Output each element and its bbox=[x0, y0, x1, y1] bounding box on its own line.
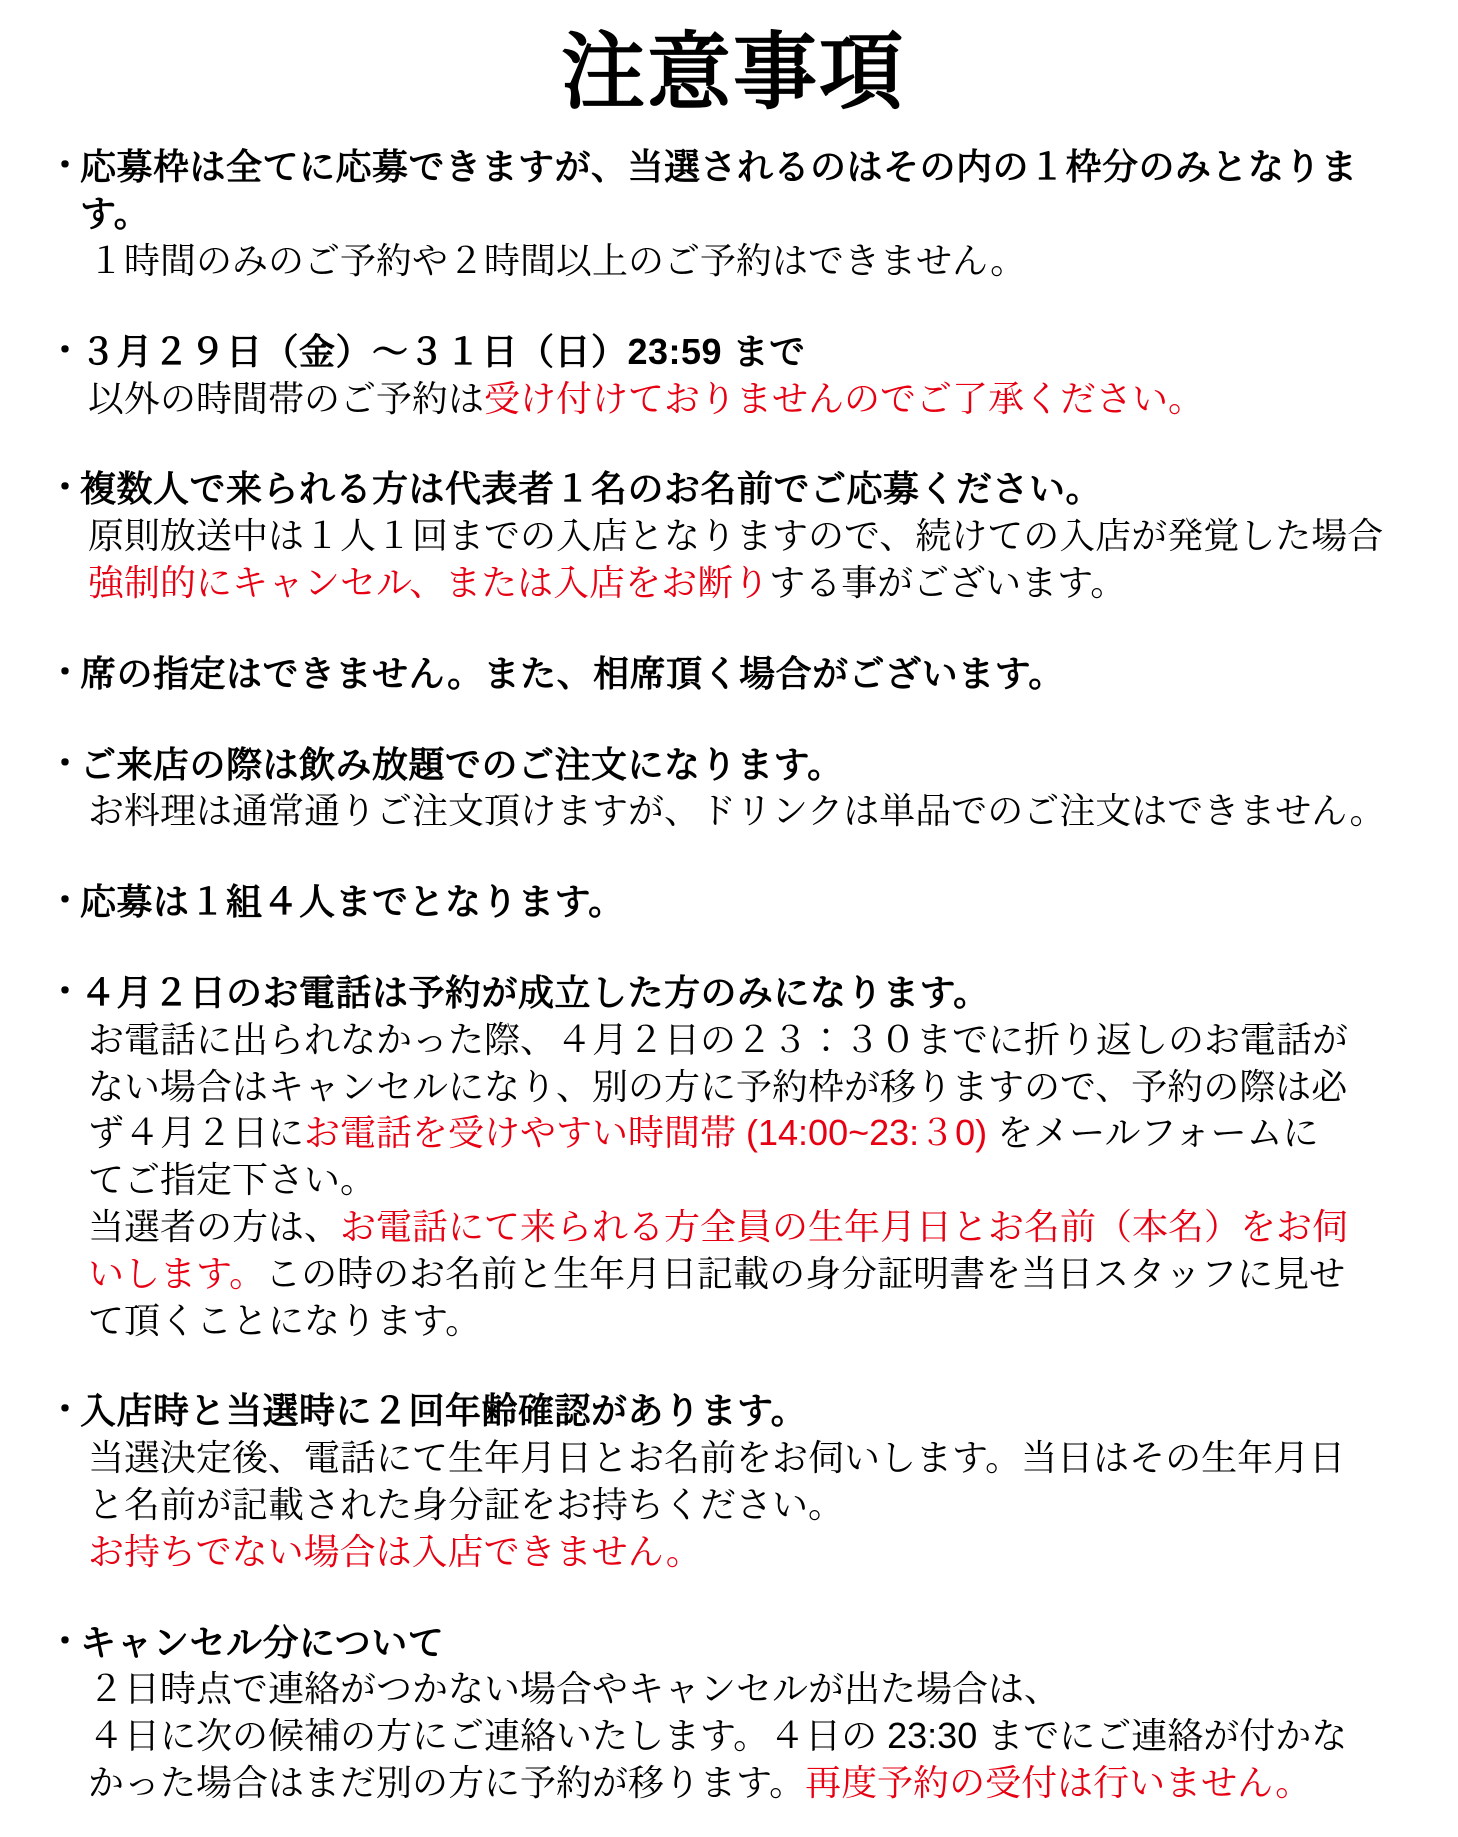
highlighted-text-segment: 再度予約の受付は行いません。 bbox=[805, 1762, 1311, 1803]
bullet-marker: ・ bbox=[48, 1388, 82, 1432]
note-heading: キャンセル分について bbox=[80, 1622, 444, 1663]
bullet-marker: ・ bbox=[48, 970, 82, 1014]
note-body: 原則放送中は１人１回までの入店となりますので、続けての入店が発覚した場合強制的に… bbox=[88, 513, 1418, 607]
text-segment: この時のお名前と生年月日記載の身分証明書を当日スタッフに見せ bbox=[265, 1253, 1345, 1294]
text-segment: する事がございます。 bbox=[769, 562, 1126, 603]
note-item: ・ 応募枠は全てに応募できますが、当選されるのはその内の１枠分のみとなります。 … bbox=[48, 144, 1418, 284]
note-body-line: ２日時点で連絡がつかない場合やキャンセルが出た場合は、 bbox=[88, 1666, 1418, 1713]
note-body-line: お電話に出られなかった際、４月２日の２３：３０までに折り返しのお電話が bbox=[88, 1017, 1418, 1064]
bullet-marker: ・ bbox=[48, 1620, 82, 1664]
note-heading: 複数人で来られる方は代表者１名のお名前でご応募ください。 bbox=[80, 468, 1102, 509]
highlighted-text-segment: お電話にて来られる方全員の生年月日とお名前（本名）をお伺 bbox=[340, 1206, 1348, 1247]
note-heading: 応募は１組４人までとなります。 bbox=[80, 881, 625, 922]
note-body-line: お持ちでない場合は入店できません。 bbox=[88, 1529, 1418, 1576]
note-body-line: てご指定下さい。 bbox=[88, 1157, 1418, 1204]
text-segment: 以外の時間帯のご予約は bbox=[88, 378, 484, 419]
highlighted-text-segment: 強制的にキャンセル、または入店をお断り bbox=[88, 562, 769, 603]
bullet-marker: ・ bbox=[48, 329, 82, 373]
note-item: ・ 席の指定はできません。また、相席頂く場合がございます。 bbox=[48, 651, 1418, 698]
text-segment: 当選者の方は、 bbox=[88, 1206, 340, 1247]
note-item: ・ 複数人で来られる方は代表者１名のお名前でご応募ください。 原則放送中は１人１… bbox=[48, 466, 1418, 606]
note-body-line: と名前が記載された身分証をお持ちください。 bbox=[88, 1482, 1418, 1529]
note-body-line: 原則放送中は１人１回までの入店となりますので、続けての入店が発覚した場合 bbox=[88, 513, 1418, 560]
note-body: 当選決定後、電話にて生年月日とお名前をお伺いします。当日はその生年月日と名前が記… bbox=[88, 1435, 1418, 1575]
text-segment: ない場合はキャンセルになり、別の方に予約枠が移りますので、予約の際は必 bbox=[88, 1066, 1347, 1107]
text-segment: １時間のみのご予約や２時間以上のご予約はできません。 bbox=[88, 240, 1026, 281]
note-heading: 応募枠は全てに応募できますが、当選されるのはその内の１枠分のみとなります。 bbox=[80, 146, 1358, 234]
bullet-marker: ・ bbox=[48, 879, 82, 923]
text-segment: をメールフォームに bbox=[987, 1112, 1318, 1153]
notes-list: ・ 応募枠は全てに応募できますが、当選されるのはその内の１枠分のみとなります。 … bbox=[48, 144, 1418, 1806]
note-item: ・ ３月２９日（金）～３１日（日）23:59 まで 以外の時間帯のご予約は受け付… bbox=[48, 329, 1418, 423]
highlighted-text-segment: お持ちでない場合は入店できません。 bbox=[88, 1531, 702, 1572]
notice-document: 注意事項 ・ 応募枠は全てに応募できますが、当選されるのはその内の１枠分のみとな… bbox=[0, 0, 1458, 1837]
note-body-line: 強制的にキャンセル、または入店をお断りする事がございます。 bbox=[88, 560, 1418, 607]
text-segment: かった場合はまだ別の方に予約が移ります。 bbox=[88, 1762, 805, 1803]
text-segment: ２日時点で連絡がつかない場合やキャンセルが出た場合は、 bbox=[88, 1668, 1060, 1709]
note-item: ・ ご来店の際は飲み放題でのご注文になります。 お料理は通常通りご注文頂けますが… bbox=[48, 742, 1418, 836]
highlighted-text-segment: お電話を受けやすい時間帯 (14:00~23:３0) bbox=[304, 1112, 987, 1153]
text-segment: ず４月２日に bbox=[88, 1112, 304, 1153]
note-item: ・ ４月２日のお電話は予約が成立した方のみになります。 お電話に出られなかった際… bbox=[48, 970, 1418, 1344]
note-heading: ご来店の際は飲み放題でのご注文になります。 bbox=[80, 744, 844, 785]
highlighted-text-segment: 受け付けておりませんのでご了承ください。 bbox=[484, 378, 1204, 419]
page-title: 注意事項 bbox=[48, 26, 1418, 118]
note-body-line: 当選者の方は、お電話にて来られる方全員の生年月日とお名前（本名）をお伺 bbox=[88, 1204, 1418, 1251]
note-body-line: お料理は通常通りご注文頂けますが、ドリンクは単品でのご注文はできません。 bbox=[88, 788, 1418, 835]
note-body: お電話に出られなかった際、４月２日の２３：３０までに折り返しのお電話がない場合は… bbox=[88, 1017, 1418, 1345]
note-body: １時間のみのご予約や２時間以上のご予約はできません。 bbox=[88, 238, 1418, 285]
bullet-marker: ・ bbox=[48, 742, 82, 786]
bullet-marker: ・ bbox=[48, 651, 82, 695]
text-segment: てご指定下さい。 bbox=[88, 1159, 376, 1200]
note-body: 以外の時間帯のご予約は受け付けておりませんのでご了承ください。 bbox=[88, 376, 1418, 423]
bullet-marker: ・ bbox=[48, 466, 82, 510]
note-body-line: １時間のみのご予約や２時間以上のご予約はできません。 bbox=[88, 238, 1418, 285]
note-item: ・ キャンセル分について ２日時点で連絡がつかない場合やキャンセルが出た場合は、… bbox=[48, 1620, 1418, 1807]
highlighted-text-segment: いします。 bbox=[88, 1253, 265, 1294]
note-heading: ４月２日のお電話は予約が成立した方のみになります。 bbox=[80, 972, 990, 1013]
note-body-line: かった場合はまだ別の方に予約が移ります。再度予約の受付は行いません。 bbox=[88, 1760, 1418, 1807]
text-segment: お電話に出られなかった際、４月２日の２３：３０までに折り返しのお電話が bbox=[88, 1019, 1348, 1060]
note-heading: ３月２９日（金）～３１日（日）23:59 まで bbox=[80, 331, 806, 372]
text-segment: 当選決定後、電話にて生年月日とお名前をお伺いします。当日はその生年月日 bbox=[88, 1437, 1345, 1478]
note-body-line: ４日に次の候補の方にご連絡いたします。４日の 23:30 までにご連絡が付かな bbox=[88, 1713, 1418, 1760]
note-body-line: ず４月２日にお電話を受けやすい時間帯 (14:00~23:３0) をメールフォー… bbox=[88, 1110, 1418, 1157]
note-item: ・ 応募は１組４人までとなります。 bbox=[48, 879, 1418, 926]
note-body-line: て頂くことになります。 bbox=[88, 1298, 1418, 1345]
bullet-marker: ・ bbox=[48, 144, 82, 188]
note-heading: 入店時と当選時に２回年齢確認があります。 bbox=[80, 1390, 807, 1431]
note-body-line: 当選決定後、電話にて生年月日とお名前をお伺いします。当日はその生年月日 bbox=[88, 1435, 1418, 1482]
text-segment: 原則放送中は１人１回までの入店となりますので、続けての入店が発覚した場合 bbox=[88, 515, 1383, 556]
text-segment: ４日に次の候補の方にご連絡いたします。４日の 23:30 までにご連絡が付かな bbox=[88, 1715, 1347, 1756]
text-segment: と名前が記載された身分証をお持ちください。 bbox=[88, 1484, 844, 1525]
note-body: ２日時点で連絡がつかない場合やキャンセルが出た場合は、４日に次の候補の方にご連絡… bbox=[88, 1666, 1418, 1806]
text-segment: て頂くことになります。 bbox=[88, 1300, 481, 1341]
note-heading: 席の指定はできません。また、相席頂く場合がございます。 bbox=[80, 653, 1065, 694]
note-body-line: ない場合はキャンセルになり、別の方に予約枠が移りますので、予約の際は必 bbox=[88, 1064, 1418, 1111]
note-body-line: 以外の時間帯のご予約は受け付けておりませんのでご了承ください。 bbox=[88, 376, 1418, 423]
note-body-line: いします。この時のお名前と生年月日記載の身分証明書を当日スタッフに見せ bbox=[88, 1251, 1418, 1298]
note-item: ・ 入店時と当選時に２回年齢確認があります。 当選決定後、電話にて生年月日とお名… bbox=[48, 1388, 1418, 1575]
note-body: お料理は通常通りご注文頂けますが、ドリンクは単品でのご注文はできません。 bbox=[88, 788, 1418, 835]
text-segment: お料理は通常通りご注文頂けますが、ドリンクは単品でのご注文はできません。 bbox=[88, 790, 1385, 831]
